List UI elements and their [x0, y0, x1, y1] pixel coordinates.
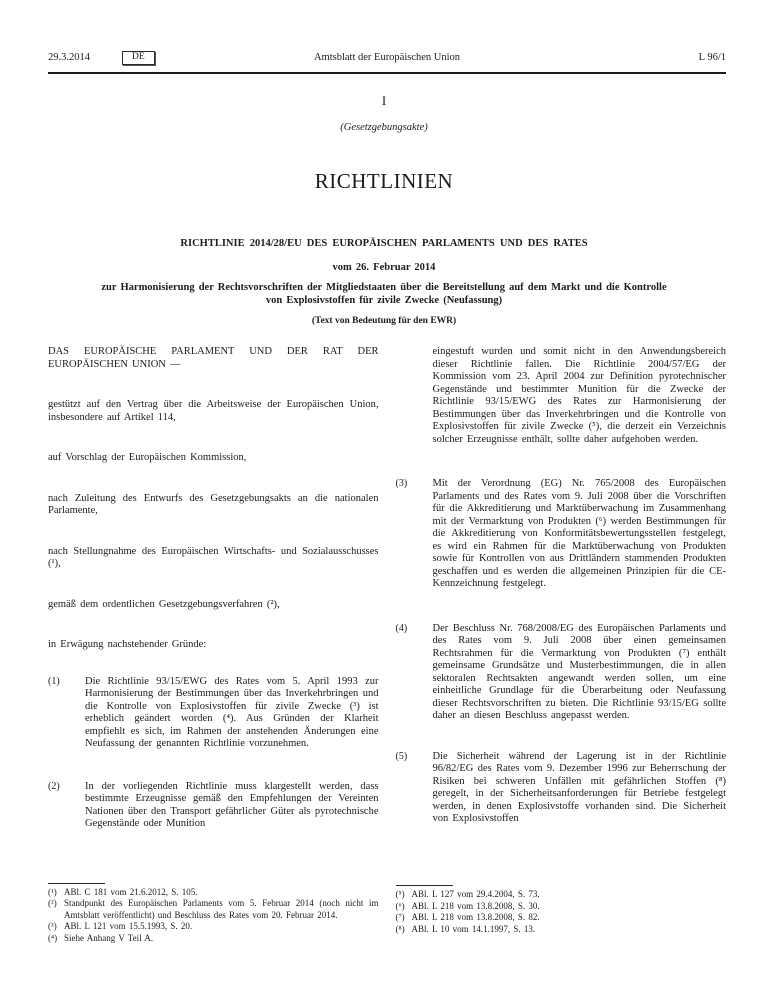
- right-column: eingestuft wurden und somit nicht in den…: [396, 346, 727, 944]
- section-heading: RICHTLINIEN: [0, 169, 768, 194]
- footnote-text: ABl. C 181 vom 21.6.2012, S. 105.: [64, 887, 379, 899]
- act-date: vom 26. Februar 2014: [0, 262, 768, 273]
- recital-text: Der Beschluss Nr. 768/2008/EG des Europä…: [433, 623, 727, 723]
- act-eea-relevance: (Text von Bedeutung für den EWR): [0, 316, 768, 326]
- footnote-text: Standpunkt des Europäischen Parlaments v…: [64, 898, 379, 921]
- footnote: (¹) ABl. C 181 vom 21.6.2012, S. 105.: [48, 887, 379, 899]
- preamble-paragraph: auf Vorschlag der Europäischen Kommissio…: [48, 452, 379, 465]
- footnote-text: ABl. L 121 vom 15.5.1993, S. 20.: [64, 921, 379, 933]
- recital-number: (5): [396, 751, 433, 826]
- section-numeral: I: [0, 93, 768, 109]
- preamble-paragraph: in Erwägung nachstehender Gründe:: [48, 639, 379, 652]
- footnote-marker: (⁸): [396, 924, 412, 936]
- recital-number: (4): [396, 623, 433, 723]
- footnote-rule: [396, 885, 453, 886]
- footnote: (⁵) ABl. L 127 vom 29.4.2004, S. 73.: [396, 889, 727, 901]
- footnote-text: ABl. L 218 vom 13.8.2008, S. 30.: [412, 901, 727, 913]
- recital-number: (1): [48, 676, 85, 751]
- preamble-paragraph: DAS EUROPÄISCHE PARLAMENT UND DER RAT DE…: [48, 346, 379, 371]
- footnote-marker: (³): [48, 921, 64, 933]
- footnote: (³) ABl. L 121 vom 15.5.1993, S. 20.: [48, 921, 379, 933]
- preamble-paragraph: gestützt auf den Vertrag über die Arbeit…: [48, 399, 379, 424]
- footnote-text: ABl. L 127 vom 29.4.2004, S. 73.: [412, 889, 727, 901]
- footnote: (⁷) ABl. L 218 vom 13.8.2008, S. 82.: [396, 912, 727, 924]
- official-journal-page: 29.3.2014 DE Amtsblatt der Europäischen …: [0, 0, 768, 994]
- recital-2-continuation: eingestuft wurden und somit nicht in den…: [433, 346, 727, 446]
- footnote-text: Siehe Anhang V Teil A.: [64, 933, 379, 945]
- page-header: 29.3.2014 DE Amtsblatt der Europäischen …: [48, 50, 726, 65]
- preamble-paragraph: nach Stellungnahme des Europäischen Wirt…: [48, 546, 379, 571]
- body-columns: DAS EUROPÄISCHE PARLAMENT UND DER RAT DE…: [48, 346, 726, 944]
- recital-number: (2): [48, 781, 85, 831]
- preamble-paragraph: gemäß dem ordentlichen Gesetzgebungsverf…: [48, 599, 379, 612]
- footnote-text: ABl. L 10 vom 14.1.1997, S. 13.: [412, 924, 727, 936]
- recital-text: Die Sicherheit während der Lagerung ist …: [433, 751, 727, 826]
- footnote-marker: (⁴): [48, 933, 64, 945]
- recital-text: In der vorliegenden Richtlinie muss klar…: [85, 781, 379, 831]
- journal-title: Amtsblatt der Europäischen Union: [48, 52, 726, 63]
- footnote-marker: (⁶): [396, 901, 412, 913]
- recital-number: (3): [396, 478, 433, 591]
- footnote-text: ABl. L 218 vom 13.8.2008, S. 82.: [412, 912, 727, 924]
- recital-5: (5) Die Sicherheit während der Lagerung …: [396, 751, 727, 826]
- section-category: (Gesetzgebungsakte): [0, 122, 768, 133]
- footnote-marker: (⁵): [396, 889, 412, 901]
- footnote: (²) Standpunkt des Europäischen Parlamen…: [48, 898, 379, 921]
- recital-text: Die Richtlinie 93/15/EWG des Rates vom 5…: [85, 676, 379, 751]
- recital-3: (3) Mit der Verordnung (EG) Nr. 765/2008…: [396, 478, 727, 591]
- recital-1: (1) Die Richtlinie 93/15/EWG des Rates v…: [48, 676, 379, 751]
- footnote: (⁴) Siehe Anhang V Teil A.: [48, 933, 379, 945]
- right-footnotes: (⁵) ABl. L 127 vom 29.4.2004, S. 73. (⁶)…: [396, 885, 727, 935]
- header-rule: [48, 72, 726, 74]
- recital-4: (4) Der Beschluss Nr. 768/2008/EG des Eu…: [396, 623, 727, 723]
- preamble-paragraph: nach Zuleitung des Entwurfs des Gesetzge…: [48, 493, 379, 518]
- footnote: (⁸) ABl. L 10 vom 14.1.1997, S. 13.: [396, 924, 727, 936]
- recital-text: Mit der Verordnung (EG) Nr. 765/2008 des…: [433, 478, 727, 591]
- left-footnotes: (¹) ABl. C 181 vom 21.6.2012, S. 105. (²…: [48, 883, 379, 945]
- act-title: RICHTLINIE 2014/28/EU DES EUROPÄISCHEN P…: [0, 238, 768, 249]
- act-subject: zur Harmonisierung der Rechtsvorschrifte…: [97, 281, 672, 307]
- footnote-marker: (²): [48, 898, 64, 921]
- left-column: DAS EUROPÄISCHE PARLAMENT UND DER RAT DE…: [48, 346, 379, 944]
- footnote-rule: [48, 883, 105, 884]
- footnote-marker: (¹): [48, 887, 64, 899]
- footnote-marker: (⁷): [396, 912, 412, 924]
- footnote: (⁶) ABl. L 218 vom 13.8.2008, S. 30.: [396, 901, 727, 913]
- recital-2: (2) In der vorliegenden Richtlinie muss …: [48, 781, 379, 831]
